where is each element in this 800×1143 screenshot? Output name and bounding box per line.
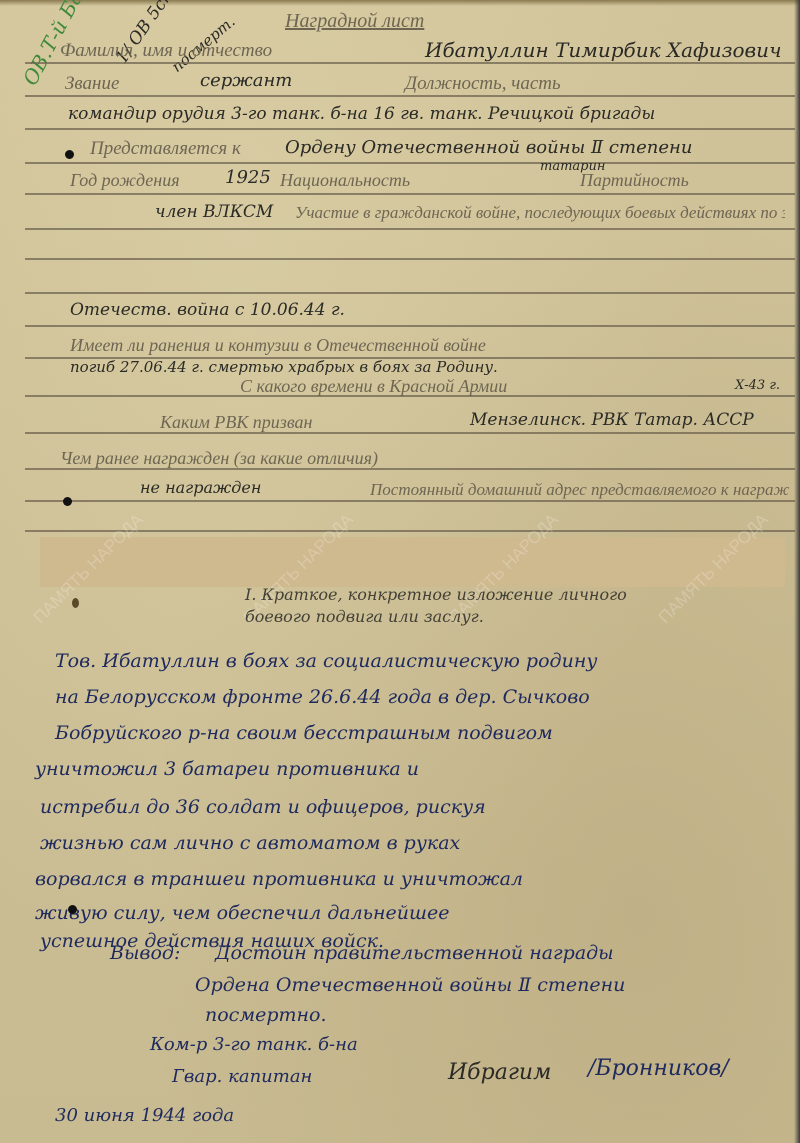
field-4-label: Год рождения xyxy=(70,170,180,191)
field-3-value: командир орудия 3-го танк. б-на 16 гв. т… xyxy=(68,104,788,124)
field-10-label: Каким РВК призван xyxy=(160,412,312,433)
paper-edge-right xyxy=(794,0,800,1143)
field-3-label: Должность, часть xyxy=(405,73,561,95)
field-11-value: не награжден xyxy=(140,478,261,497)
field-10-value: Мензелинск. РВК Татар. АССР xyxy=(470,410,754,430)
conclusion-line-3: посмертно. xyxy=(205,1004,327,1026)
field-4-value: 1925 xyxy=(225,167,271,188)
narrative-line-8: живую силу, чем обеспечил дальнейшее xyxy=(35,902,450,924)
form-title: Наградной лист xyxy=(285,10,424,33)
field-6-label: Партийность xyxy=(580,170,689,191)
narrative-line-4: уничтожил 3 батареи противника и xyxy=(35,758,419,780)
award-sheet: ОВ.Т-й Бат-н 1/ ОВ 5ст посмерт. Наградно… xyxy=(0,0,800,1143)
field-12-label: Постоянный домашний адрес представляемог… xyxy=(370,480,790,500)
paper-edge-top xyxy=(0,0,800,6)
field-2-value: сержант xyxy=(200,70,292,91)
narrative-line-6: жизнью сам лично с автоматом в руках xyxy=(40,832,460,854)
field-11-label: Чем ранее награжден (за какие отличия) xyxy=(60,448,378,469)
narrative-line-1: Тов. Ибатуллин в боях за социалистическу… xyxy=(55,650,597,672)
narrative-line-2: на Белорусском фронте 26.6.44 года в дер… xyxy=(55,686,590,708)
field-6-value: член ВЛКСМ xyxy=(155,202,273,222)
field-5-label: Национальность xyxy=(280,170,410,191)
narrative-line-3: Бобруйского р-на своим бесстрашным подви… xyxy=(55,722,553,744)
conclusion-label: Вывод: xyxy=(110,942,180,964)
document-date: 30 июня 1944 года xyxy=(55,1105,234,1126)
field-1-label: Фамилия, имя и отчество xyxy=(60,40,272,62)
narrative-line-5: истребил до 36 солдат и офицеров, рискуя xyxy=(40,796,486,818)
redacted-address-band xyxy=(40,537,785,587)
field-7-value: Отечеств. война с 10.06.44 г. xyxy=(70,300,345,320)
conclusion-line-2: Ордена Отечественной войны Ⅱ степени xyxy=(195,974,625,996)
punch-hole xyxy=(63,497,72,506)
punch-hole xyxy=(65,150,74,159)
nominated-for-label: Представляется к xyxy=(90,138,241,160)
field-9-value: Х-43 г. xyxy=(735,378,780,393)
field-8-label: Имеет ли ранения и контузии в Отечествен… xyxy=(70,335,490,356)
field-9-label: С какого времени в Красной Армии xyxy=(240,376,507,397)
field-7-label: Участие в гражданской войне, последующих… xyxy=(295,203,785,223)
field-1-value: Ибатуллин Тимирбик Хафизович xyxy=(425,38,782,62)
signatory-line-1: Ком-р 3-го танк. б-на xyxy=(150,1034,358,1055)
signature-2: /Бронников/ xyxy=(588,1056,729,1081)
punch-hole xyxy=(72,598,79,608)
narrative-line-7: ворвался в траншеи противника и уничтожа… xyxy=(35,868,523,890)
punch-hole xyxy=(68,905,77,914)
conclusion-line-1: Достоин правительственной награды xyxy=(215,942,614,964)
signatory-line-2: Гвар. капитан xyxy=(172,1066,312,1087)
section-heading: I. Краткое, конкретное изложение личного… xyxy=(245,584,685,628)
field-2-label: Звание xyxy=(65,73,119,95)
signature-1: Ибрагим xyxy=(448,1060,551,1085)
nominated-for-value: Ордену Отечественной войны Ⅱ степени xyxy=(285,137,692,158)
field-8-value: погиб 27.06.44 г. смертью храбрых в боях… xyxy=(70,360,630,375)
